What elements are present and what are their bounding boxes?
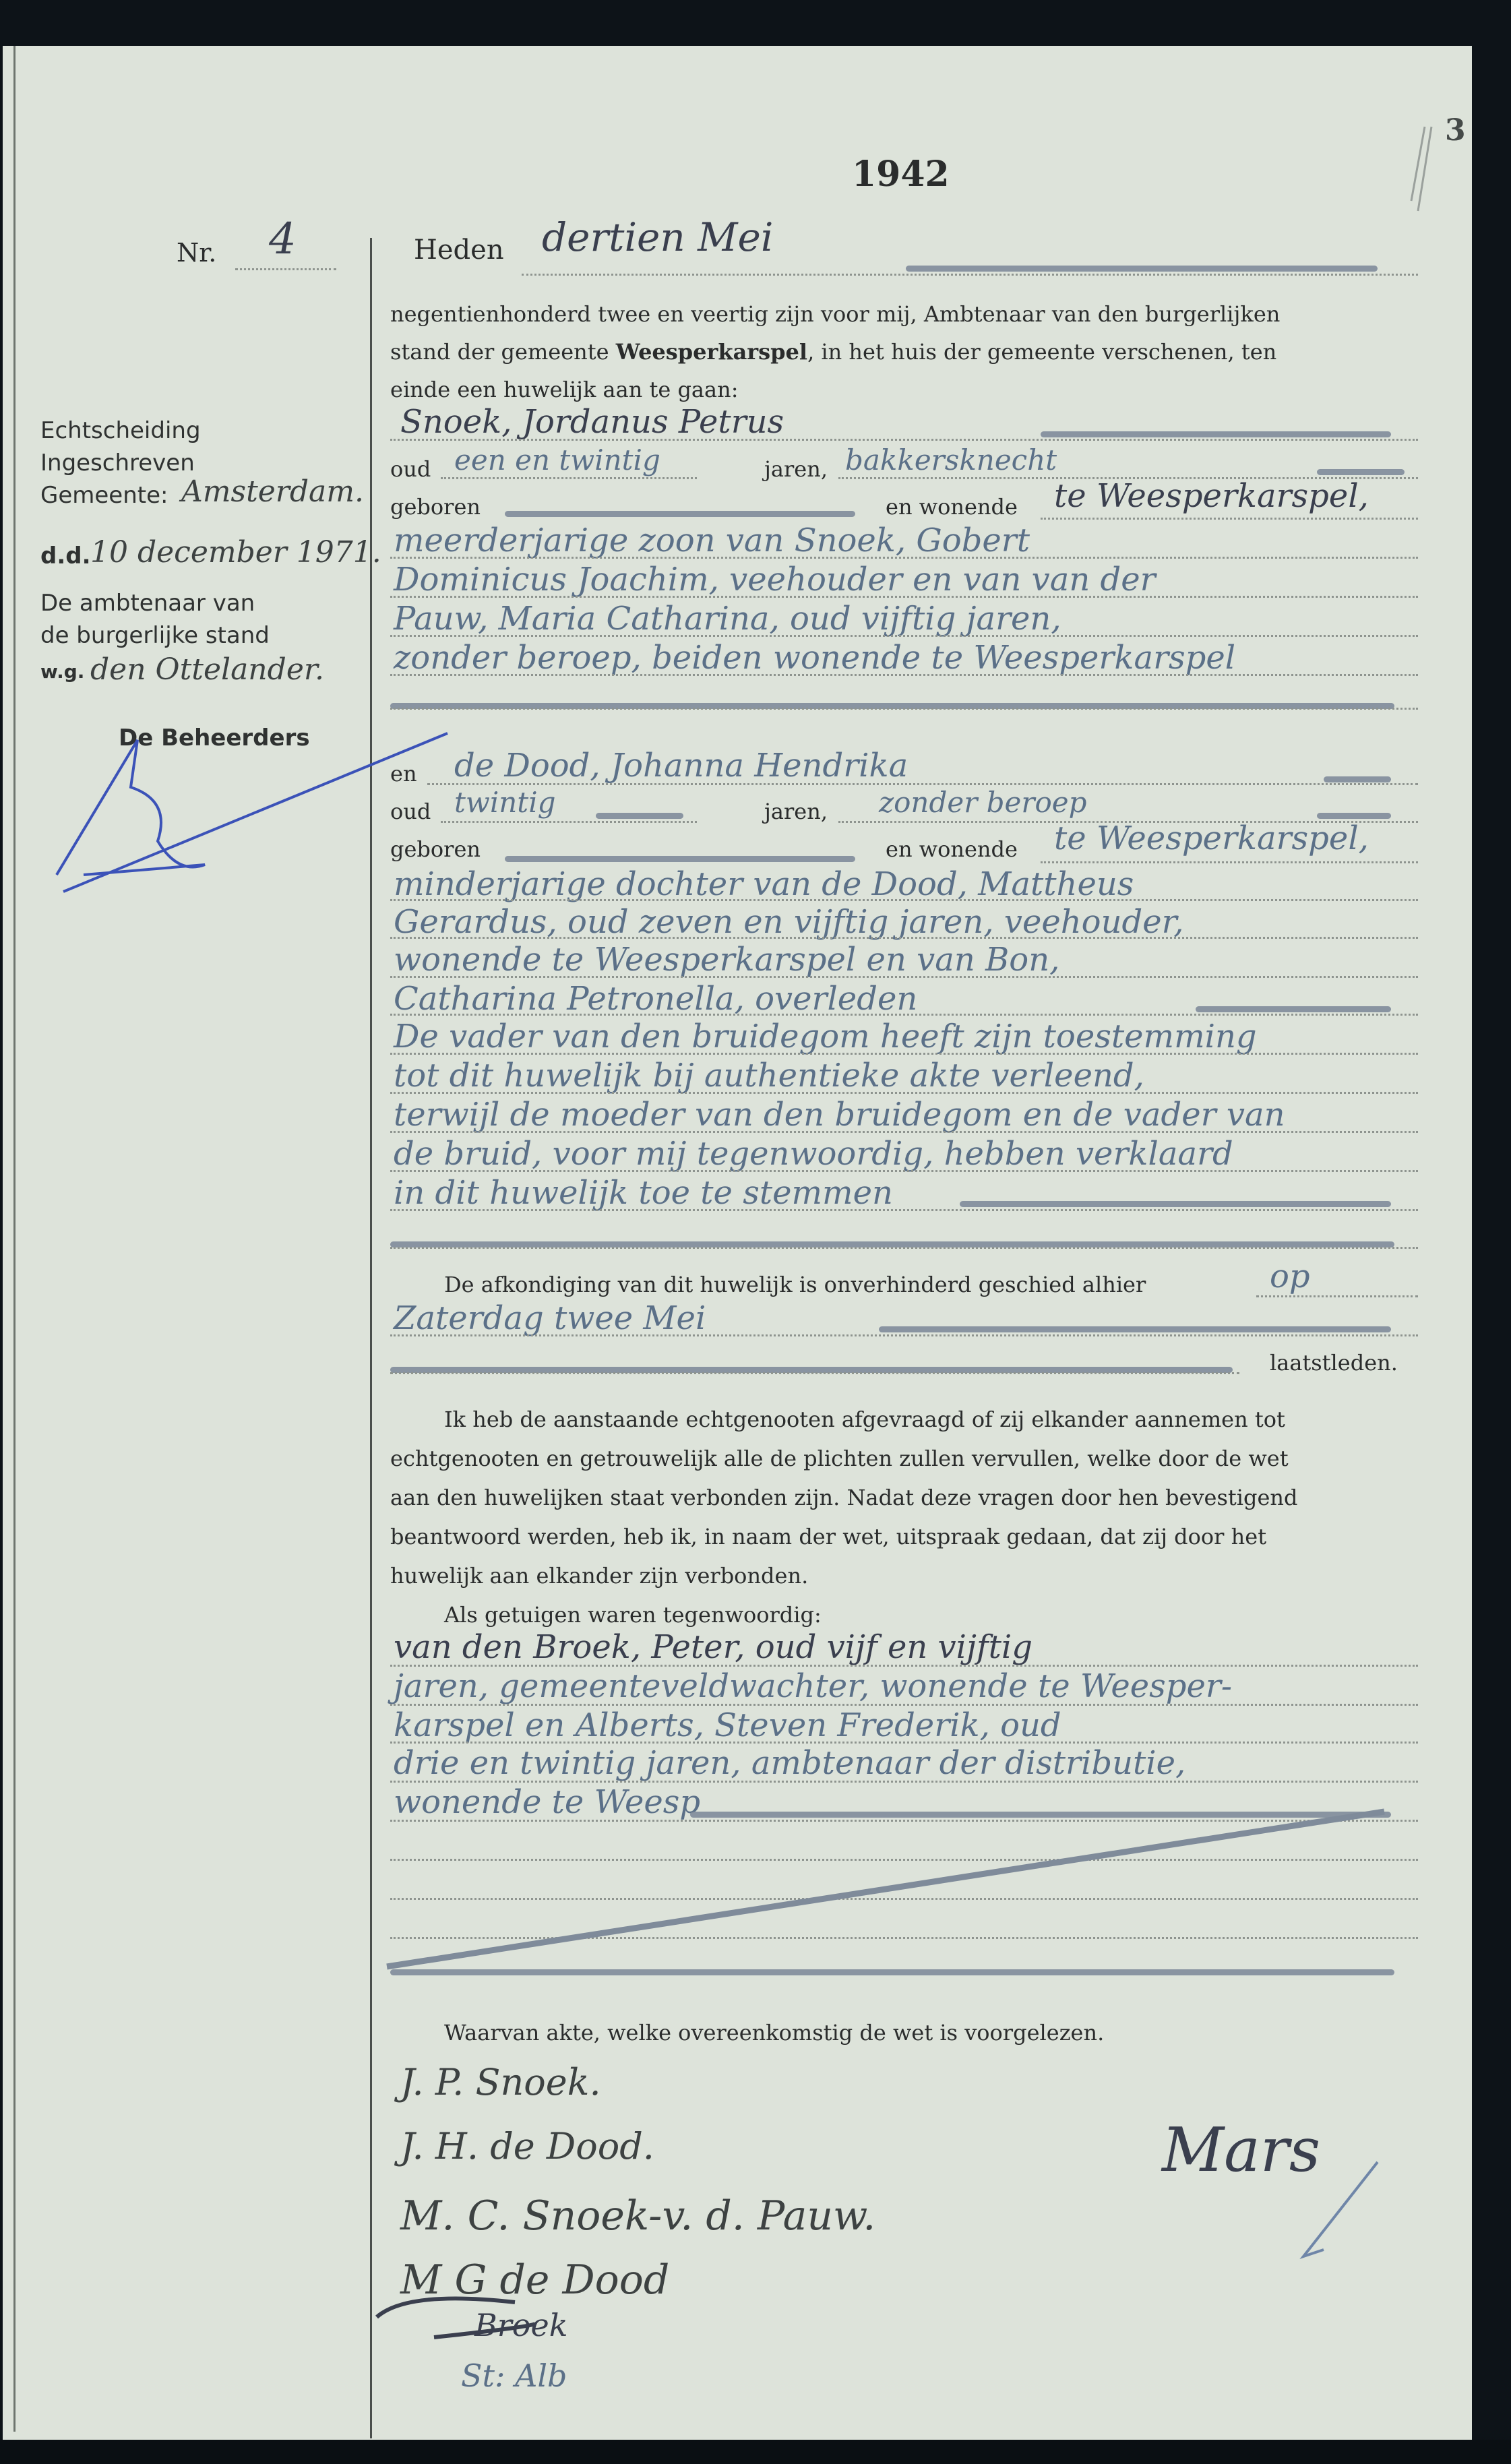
custodian-signature-mark xyxy=(57,740,205,875)
cancel-line-mark xyxy=(63,733,448,892)
register-page: 1942 3 Nr. 4 Echtscheiding Ingeschreven … xyxy=(3,46,1472,2452)
scan-border-bottom xyxy=(0,2440,1511,2464)
z-strike-diagonal xyxy=(387,1812,1384,1967)
scan-border-right xyxy=(1472,0,1511,2464)
pencil-mark xyxy=(1411,127,1431,211)
pen-strokes-overlay xyxy=(3,46,1472,2452)
registrar-flourish xyxy=(1303,2162,1378,2256)
witness-signature-swash xyxy=(377,2298,535,2337)
